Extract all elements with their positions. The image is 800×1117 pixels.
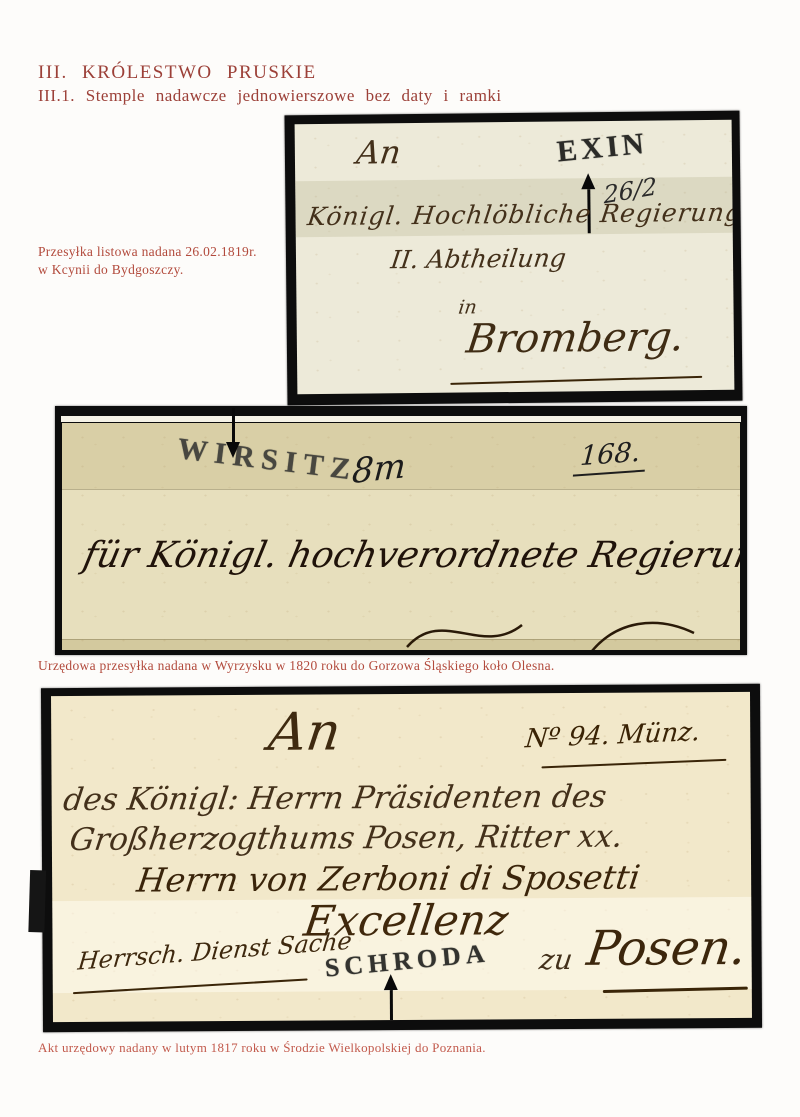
cover-paper-exin: An EXIN 26/2 Königl. Hochlöbliche Regier… <box>295 120 735 395</box>
section-heading: III. KRÓLESTWO PRUSKIE <box>38 62 317 84</box>
address-line: des Königl: Herrn Präsidenten des <box>61 779 608 818</box>
address-line: Königl. Hochlöbliche Regierung <box>306 198 735 232</box>
address-line: Großherzogthums Posen, Ritter xx. <box>67 819 625 858</box>
cover-paper-schroda: An Nº 94. Münz. des Königl: Herrn Präsid… <box>51 692 752 1022</box>
caption-exin: Przesyłka listowa nadana 26.02.1819r. w … <box>38 243 300 279</box>
mount-clip <box>28 870 46 932</box>
arrow-shaft <box>232 408 235 442</box>
registry-number: 168. <box>573 436 647 476</box>
fold-line <box>62 489 740 490</box>
annotation-arrow-up <box>383 974 399 1020</box>
arrow-head <box>581 173 595 189</box>
album-page: III. KRÓLESTWO PRUSKIE III.1. Stemple na… <box>0 0 800 1117</box>
salutation-script: An <box>265 702 344 762</box>
cover-frame-wirsitz: WIRSITZ 8m 168. für Königl. hochverordne… <box>55 406 747 655</box>
cover-frame-schroda: An Nº 94. Münz. des Königl: Herrn Präsid… <box>41 684 762 1032</box>
caption-wirsitz: Urzędowa przesyłka nadana w Wyrzysku w 1… <box>38 657 748 675</box>
underline <box>541 759 726 769</box>
destination-preposition: zu <box>537 943 574 976</box>
destination-script: Bromberg. <box>464 314 687 362</box>
address-line: Herrn von Zerboni di Sposetti <box>135 858 643 900</box>
manuscript-date: 8m <box>351 446 407 492</box>
document-number: Nº 94. Münz. <box>524 717 702 754</box>
arrow-shaft <box>389 990 392 1020</box>
caption-schroda: Akt urzędowy nadany w lutym 1817 roku w … <box>38 1039 748 1057</box>
postmark-exin: EXIN <box>555 127 649 170</box>
underline <box>450 376 702 385</box>
salutation-script: An <box>354 133 403 172</box>
caption-line: w Kcynii do Bydgoszczy. <box>38 261 300 279</box>
annotation-arrow-down <box>225 408 241 458</box>
handwriting-fragment <box>402 613 702 650</box>
caption-line: Przesyłka listowa nadana 26.02.1819r. <box>38 243 300 261</box>
subsection-heading: III.1. Stemple nadawcze jednowierszowe b… <box>38 86 502 106</box>
arrow-head <box>226 442 240 458</box>
mount-edge <box>61 416 741 422</box>
arrow-head <box>384 974 398 990</box>
destination-script: Posen. <box>584 920 750 977</box>
address-line: für Königl. hochverordnete Regierung I. <box>80 535 740 576</box>
destination-preposition: in <box>457 296 478 318</box>
address-line: II. Abtheilung <box>389 243 568 274</box>
cover-paper-wirsitz: WIRSITZ 8m 168. für Königl. hochverordne… <box>62 423 740 650</box>
cover-frame-exin: An EXIN 26/2 Königl. Hochlöbliche Regier… <box>284 111 742 406</box>
